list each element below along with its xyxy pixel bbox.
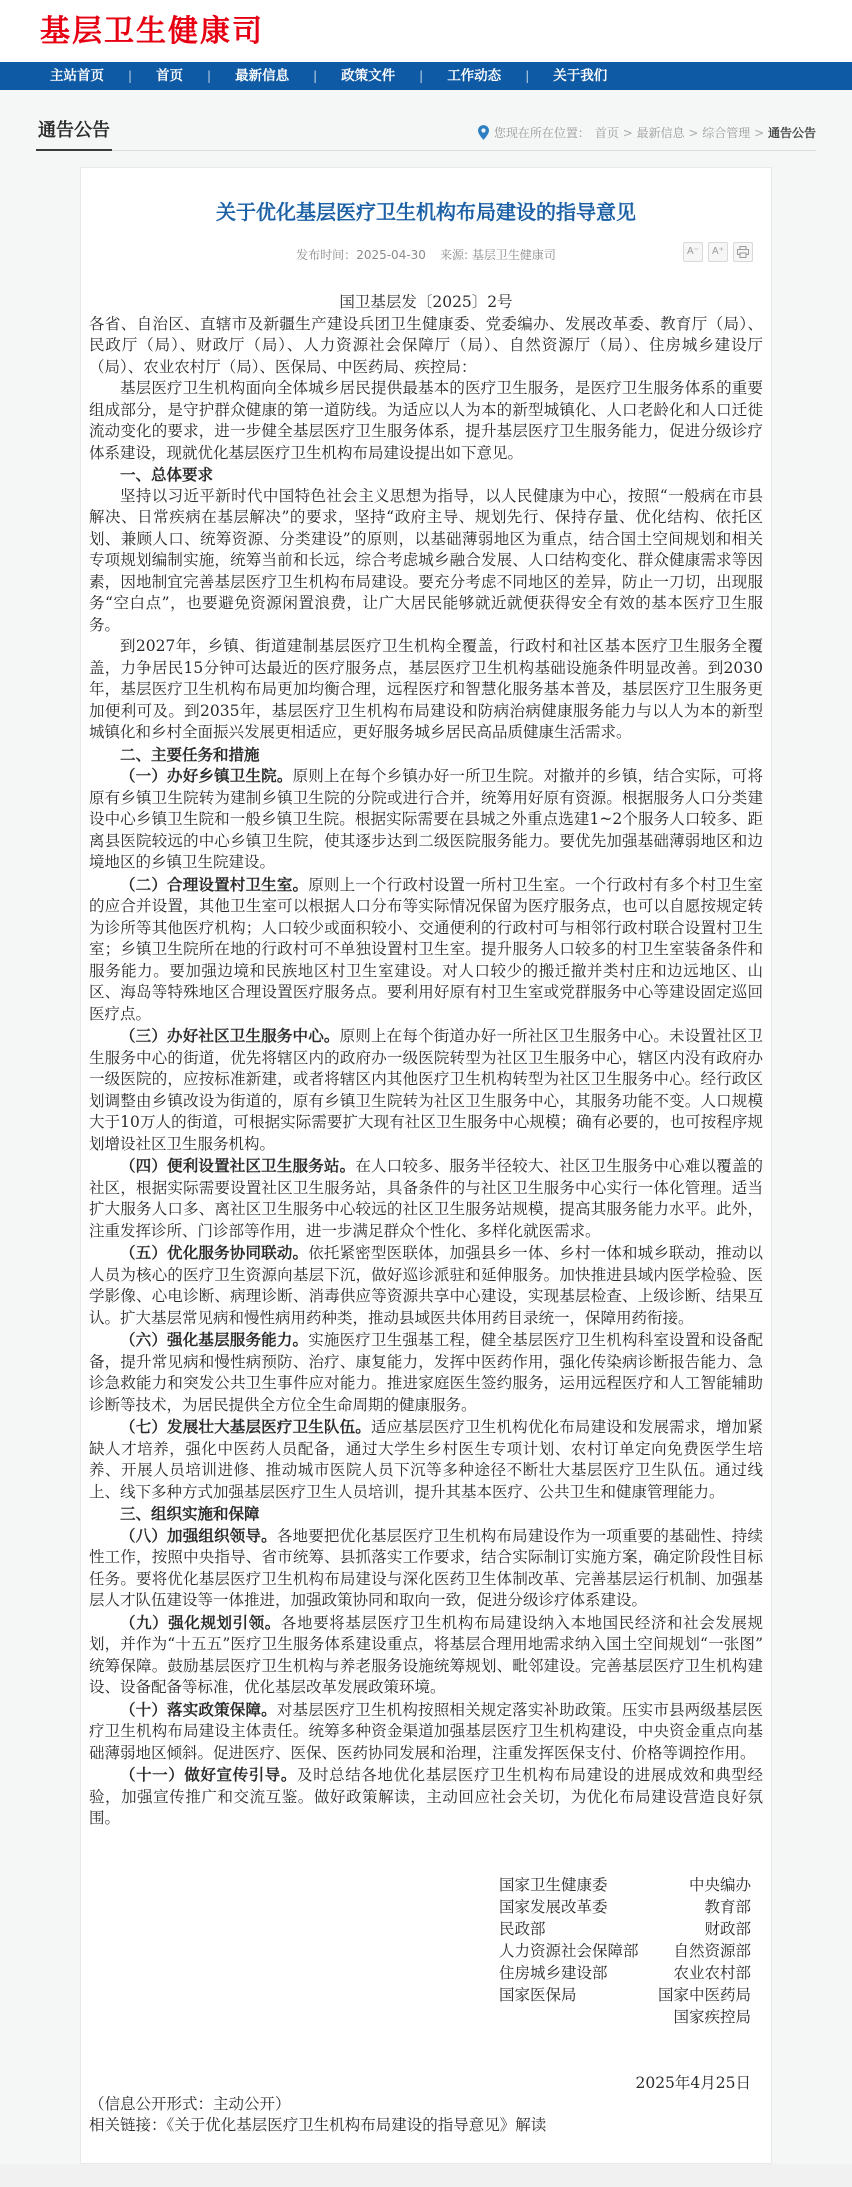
source-value: 基层卫生健康司 bbox=[472, 248, 556, 262]
nav-item-4[interactable]: 政策文件 bbox=[317, 62, 419, 90]
nav-bar: 主站首页|首页|最新信息|政策文件|工作动态|关于我们 bbox=[0, 62, 852, 90]
related-links: 相关链接：《关于优化基层医疗卫生机构布局建设的指导意见》解读 bbox=[89, 2115, 763, 2137]
breadcrumb-link[interactable]: 首页 bbox=[595, 126, 619, 140]
paragraph: （一）办好乡镇卫生院。原则上在每个乡镇办好一所卫生院。对撤并的乡镇，结合实际，可… bbox=[89, 765, 763, 874]
breadcrumb-link[interactable]: 综合管理 bbox=[702, 126, 750, 140]
location-prefix: 您现在所在位置： bbox=[494, 124, 590, 141]
paragraph: 到2027年，乡镇、街道建制基层医疗卫生机构全覆盖，行政村和社区基本医疗卫生服务… bbox=[89, 636, 763, 744]
signature-left-org: 住房城乡建设部 bbox=[499, 1962, 608, 1984]
signature-right-org: 自然资源部 bbox=[639, 1940, 751, 1962]
breadcrumb-current: 通告公告 bbox=[768, 126, 816, 140]
paragraph-lead: （五）优化服务协同联动。 bbox=[120, 1243, 308, 1262]
breadcrumb: 通告公告 您现在所在位置： 首页 > 最新信息 > 综合管理 > 通告公告 bbox=[36, 90, 816, 151]
site-header: 基层卫生健康司 bbox=[0, 0, 852, 62]
signature-date: 2025年4月25日 bbox=[499, 2072, 751, 2094]
doc-number: 国卫基层发〔2025〕2号 bbox=[89, 292, 763, 314]
paragraph: （五）优化服务协同联动。依托紧密型医联体，加强县乡一体、乡村一体和城乡联动，推动… bbox=[89, 1242, 763, 1329]
nav-item-6[interactable]: 关于我们 bbox=[529, 62, 631, 90]
breadcrumb-location: 您现在所在位置： 首页 > 最新信息 > 综合管理 > 通告公告 bbox=[478, 124, 816, 150]
signature-left-org: 国家医保局 bbox=[499, 1984, 577, 2006]
signature-left-org: 国家发展改革委 bbox=[499, 1896, 608, 1918]
section-heading: 三、组织实施和保障 bbox=[89, 1503, 763, 1525]
signature-left-org: 人力资源社会保障部 bbox=[499, 1940, 639, 1962]
paragraph-lead: （一）办好乡镇卫生院。 bbox=[120, 766, 293, 785]
nav-item-5[interactable]: 工作动态 bbox=[423, 62, 525, 90]
signature-row: 国家医保局国家中医药局 bbox=[499, 1984, 751, 2006]
recipients: 各省、自治区、直辖市及新疆生产建设兵团卫生健康委、党委编办、发展改革委、教育厅（… bbox=[89, 314, 763, 379]
paragraph: （三）办好社区卫生服务中心。原则上在每个街道办好一所社区卫生服务中心。未设置社区… bbox=[89, 1025, 763, 1155]
nav-item-2[interactable]: 首页 bbox=[132, 62, 207, 90]
paragraph: （九）强化规划引领。各地要将基层医疗卫生机构布局建设纳入本地国民经济和社会发展规… bbox=[89, 1612, 763, 1699]
article-body: 基层医疗卫生机构面向全体城乡居民提供最基本的医疗卫生服务，是医疗卫生服务体系的重… bbox=[89, 378, 763, 1830]
paragraph-lead: （四）便利设置社区卫生服务站。 bbox=[120, 1156, 355, 1175]
paragraph-lead: （三）办好社区卫生服务中心。 bbox=[120, 1026, 340, 1045]
paragraph: （六）强化基层服务能力。实施医疗卫生强基工程，健全基层医疗卫生机构科室设置和设备… bbox=[89, 1329, 763, 1416]
paragraph: （十一）做好宣传引导。及时总结各地优化基层医疗卫生机构布局建设的进展成效和典型经… bbox=[89, 1764, 763, 1830]
signature-left-org: 民政部 bbox=[499, 1918, 546, 1940]
signature-block: 国家卫生健康委中央编办国家发展改革委教育部民政部财政部人力资源社会保障部自然资源… bbox=[499, 1874, 751, 2028]
signature-right-org: 中央编办 bbox=[608, 1874, 751, 1896]
article-card: 关于优化基层医疗卫生机构布局建设的指导意见 发布时间：2025-04-30来源:… bbox=[80, 167, 772, 2164]
print-button[interactable] bbox=[733, 242, 753, 262]
paragraph: 基层医疗卫生机构面向全体城乡居民提供最基本的医疗卫生服务，是医疗卫生服务体系的重… bbox=[89, 378, 763, 464]
breadcrumb-separator: > bbox=[619, 126, 637, 140]
signature-right-org: 国家疾控局 bbox=[499, 2006, 751, 2028]
breadcrumb-separator: > bbox=[685, 126, 703, 140]
breadcrumb-separator: > bbox=[750, 126, 768, 140]
section-heading: 一、总体要求 bbox=[89, 464, 763, 486]
page-footer bbox=[0, 2164, 852, 2187]
signature-row: 国家发展改革委教育部 bbox=[499, 1896, 751, 1918]
paragraph: （八）加强组织领导。各地要把优化基层医疗卫生机构布局建设作为一项重要的基础性、持… bbox=[89, 1525, 763, 1612]
nav-items-container: 主站首页|首页|最新信息|政策文件|工作动态|关于我们 bbox=[0, 62, 631, 90]
font-smaller-button[interactable]: A⁻ bbox=[683, 242, 703, 262]
section-heading: 二、主要任务和措施 bbox=[89, 744, 763, 766]
site-title: 基层卫生健康司 bbox=[40, 14, 264, 49]
paragraph-lead: （十一）做好宣传引导。 bbox=[120, 1765, 297, 1784]
disclosure-note: （信息公开形式：主动公开） bbox=[89, 2094, 763, 2116]
paragraph-lead: （八）加强组织领导。 bbox=[120, 1526, 277, 1545]
section-title: 通告公告 bbox=[36, 116, 112, 151]
article-tools: A⁻ A⁺ bbox=[683, 242, 753, 262]
signature-row: 住房城乡建设部农业农村部 bbox=[499, 1962, 751, 1984]
paragraph: （七）发展壮大基层医疗卫生队伍。适应基层医疗卫生机构优化布局建设和发展需求，增加… bbox=[89, 1416, 763, 1503]
signature-right-org: 教育部 bbox=[608, 1896, 751, 1918]
printer-icon bbox=[737, 246, 749, 258]
paragraph-lead: （七）发展壮大基层医疗卫生队伍。 bbox=[120, 1417, 371, 1436]
publish-time-label: 发布时间： bbox=[296, 248, 356, 262]
paragraph: （十）落实政策保障。对基层医疗卫生机构按照相关规定落实补助政策。压实市县两级基层… bbox=[89, 1699, 763, 1765]
paragraph: （二）合理设置村卫生室。原则上一个行政村设置一所村卫生室。一个行政村有多个村卫生… bbox=[89, 874, 763, 1026]
article-title: 关于优化基层医疗卫生机构布局建设的指导意见 bbox=[119, 198, 733, 226]
font-larger-button[interactable]: A⁺ bbox=[708, 242, 728, 262]
location-pin-icon bbox=[478, 125, 489, 140]
publish-time-value: 2025-04-30 bbox=[356, 248, 426, 262]
nav-item-1[interactable]: 主站首页 bbox=[26, 62, 128, 90]
paragraph-lead: （二）合理设置村卫生室。 bbox=[120, 875, 308, 894]
paragraph: 坚持以习近平新时代中国特色社会主义思想为指导，以人民健康为中心，按照“一般病在市… bbox=[89, 486, 763, 637]
signature-row: 人力资源社会保障部自然资源部 bbox=[499, 1940, 751, 1962]
paragraph-lead: （六）强化基层服务能力。 bbox=[120, 1330, 308, 1349]
paragraph-lead: （十）落实政策保障。 bbox=[120, 1700, 277, 1719]
signature-left-org: 国家卫生健康委 bbox=[499, 1874, 608, 1896]
related-link[interactable]: 《关于优化基层医疗卫生机构布局建设的指导意见》解读 bbox=[167, 2116, 547, 2134]
source-label: 来源: bbox=[440, 248, 468, 262]
signature-row: 民政部财政部 bbox=[499, 1918, 751, 1940]
signature-row: 国家疾控局 bbox=[499, 2006, 751, 2028]
paragraph: （四）便利设置社区卫生服务站。在人口较多、服务半径较大、社区卫生服务中心难以覆盖… bbox=[89, 1155, 763, 1242]
article-meta: 发布时间：2025-04-30来源: 基层卫生健康司 A⁻ A⁺ bbox=[89, 244, 763, 266]
nav-item-3[interactable]: 最新信息 bbox=[211, 62, 313, 90]
signature-right-org: 农业农村部 bbox=[608, 1962, 751, 1984]
related-label: 相关链接： bbox=[89, 2116, 167, 2134]
signature-row: 国家卫生健康委中央编办 bbox=[499, 1874, 751, 1896]
breadcrumb-path: 首页 > 最新信息 > 综合管理 > 通告公告 bbox=[595, 124, 816, 141]
signature-right-org: 财政部 bbox=[546, 1918, 751, 1940]
breadcrumb-link[interactable]: 最新信息 bbox=[637, 126, 685, 140]
document: 国卫基层发〔2025〕2号 各省、自治区、直辖市及新疆生产建设兵团卫生健康委、党… bbox=[89, 292, 763, 2137]
paragraph-lead: （九）强化规划引领。 bbox=[120, 1613, 281, 1632]
signature-right-org: 国家中医药局 bbox=[577, 1984, 751, 2006]
